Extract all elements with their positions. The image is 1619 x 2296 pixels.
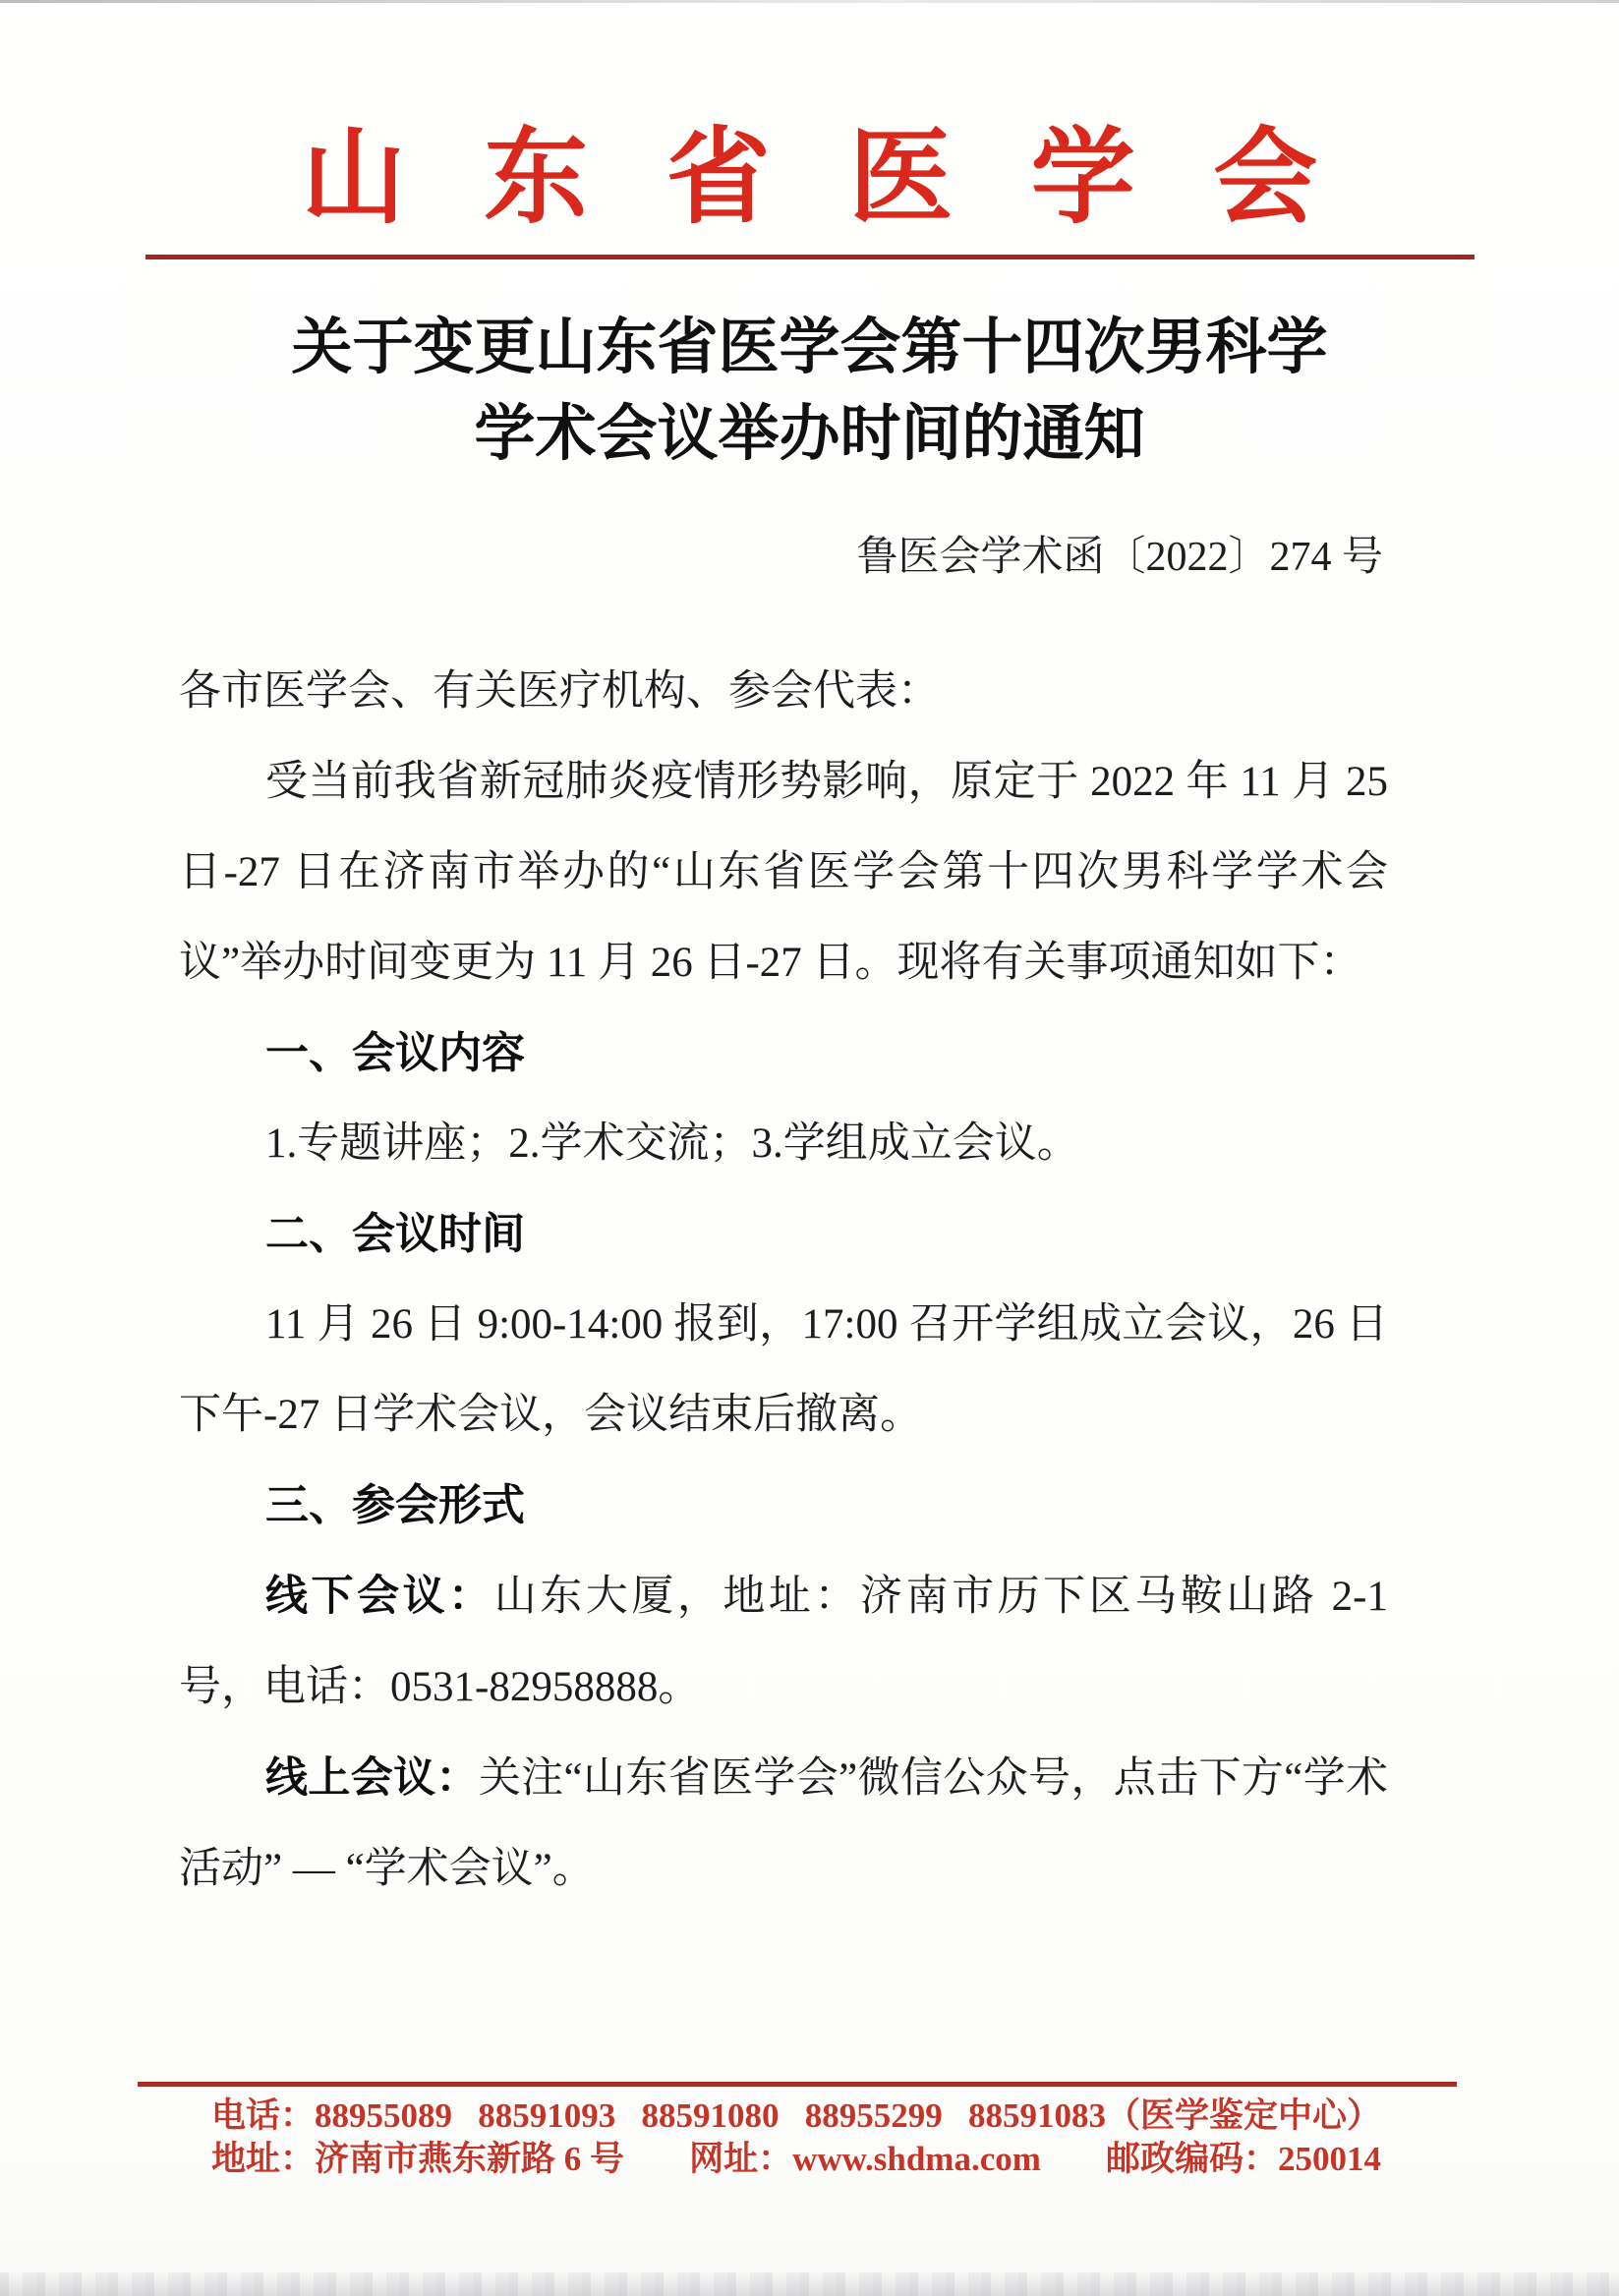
salutation: 各市医学会、有关医疗机构、参会代表： <box>179 647 1388 737</box>
section2-heading: 二、会议时间 <box>179 1189 1388 1280</box>
footer-phone-row: 电话：88955089 88591093 88591080 88955299 8… <box>211 2095 1381 2138</box>
footer-rule <box>138 2082 1457 2087</box>
footer-phone-5: 88591083（医学鉴定中心） <box>968 2095 1381 2138</box>
title-line-2: 学术会议举办时间的通知 <box>0 391 1619 478</box>
footer-postcode-value: 250014 <box>1278 2140 1381 2178</box>
section1-heading: 一、会议内容 <box>179 1008 1388 1099</box>
document-body: 各市医学会、有关医疗机构、参会代表： 受当前我省新冠肺炎疫情形势影响，原定于 2… <box>179 647 1388 1915</box>
footer-contact-info: 电话：88955089 88591093 88591080 88955299 8… <box>211 2095 1381 2181</box>
reference-number: 鲁医会学术函〔2022〕274 号 <box>0 533 1383 582</box>
footer-phone-2: 88591093 <box>478 2095 615 2138</box>
document-page: 山东省医学会 关于变更山东省医学会第十四次男科学 学术会议举办时间的通知 鲁医会… <box>0 0 1619 2296</box>
footer-website-label: 网址： <box>689 2140 792 2178</box>
org-name: 山东省医学会 <box>0 124 1619 233</box>
online-meeting-paragraph: 线上会议：关注“山东省医学会”微信公众号，点击下方“学术活动” — “学术会议”… <box>179 1733 1388 1915</box>
section1-content: 1.专题讲座；2.学术交流；3.学组成立会议。 <box>179 1099 1388 1189</box>
intro-paragraph: 受当前我省新冠肺炎疫情形势影响，原定于 2022 年 11 月 25 日-27 … <box>179 737 1388 1008</box>
document-title: 关于变更山东省医学会第十四次男科学 学术会议举办时间的通知 <box>0 305 1619 478</box>
online-meeting-label: 线上会议： <box>265 1754 479 1802</box>
section2-content: 11 月 26 日 9:00-14:00 报到，17:00 召开学组成立会议，2… <box>179 1280 1388 1461</box>
letterhead-footer: 电话：88955089 88591093 88591080 88955299 8… <box>0 2082 1619 2181</box>
footer-address-value: 济南市燕东新路 6 号 <box>315 2140 624 2178</box>
footer-phone-1-value: 88955089 <box>315 2096 452 2135</box>
footer-website-value: www.shdma.com <box>792 2140 1041 2178</box>
footer-address: 地址：济南市燕东新路 6 号 <box>211 2138 624 2181</box>
section3-heading: 三、参会形式 <box>179 1461 1388 1551</box>
footer-phone-label: 电话： <box>211 2096 315 2135</box>
scan-edge-top <box>0 0 1619 3</box>
footer-postcode-label: 邮政编码： <box>1106 2140 1278 2178</box>
scan-edge-bottom <box>0 2272 1619 2296</box>
footer-phone-1: 电话：88955089 <box>211 2095 452 2138</box>
footer-website: 网址：www.shdma.com <box>689 2138 1041 2181</box>
offline-meeting-label: 线下会议： <box>265 1573 494 1620</box>
offline-meeting-paragraph: 线下会议：山东大厦，地址：济南市历下区马鞍山路 2-1 号，电话：0531-82… <box>179 1551 1388 1733</box>
footer-address-label: 地址： <box>211 2140 315 2178</box>
footer-phone-3: 88591080 <box>641 2095 779 2138</box>
header-rule <box>145 255 1474 259</box>
footer-postcode: 邮政编码：250014 <box>1106 2138 1381 2181</box>
letterhead: 山东省医学会 <box>0 124 1619 259</box>
footer-phone-4: 88955299 <box>805 2095 943 2138</box>
title-line-1: 关于变更山东省医学会第十四次男科学 <box>0 305 1619 391</box>
footer-address-row: 地址：济南市燕东新路 6 号 网址：www.shdma.com 邮政编码：250… <box>211 2138 1381 2181</box>
